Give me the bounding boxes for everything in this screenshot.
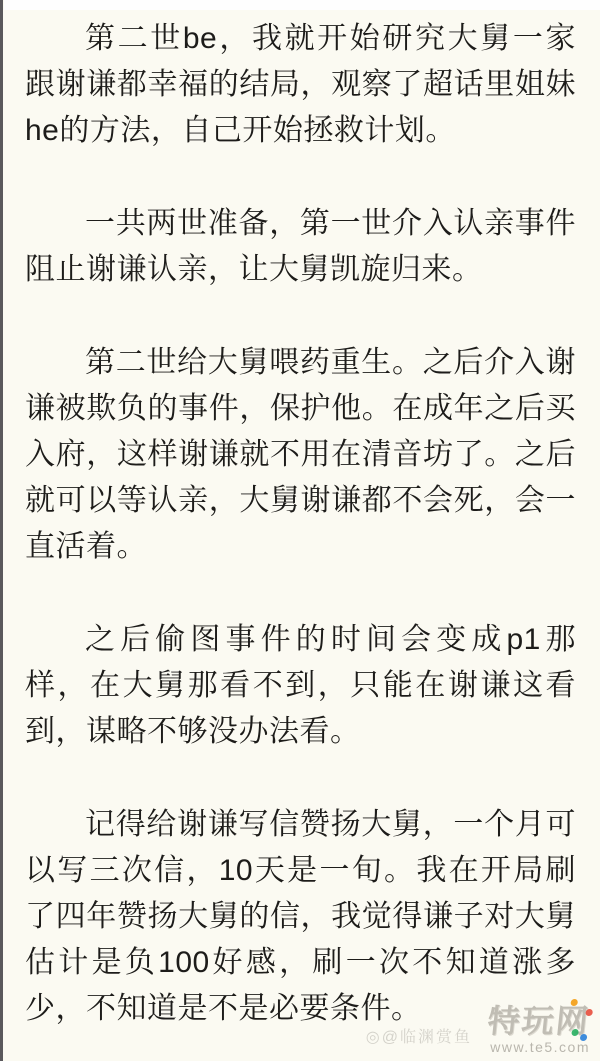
logo-dot-3 <box>580 1034 588 1041</box>
site-watermark: ◎@临渊赏鱼 特玩网 www.te5.com <box>488 996 590 1055</box>
paragraph: 第二世给大舅喂药重生。之后介入谢谦被欺负的事件，保护他。在成年之后买入府，这样谢… <box>25 340 576 570</box>
site-logo: 特玩网 <box>486 996 593 1042</box>
article-text: 第二世be，我就开始研究大舅一家跟谢谦都幸福的结局，观察了超话里姐妹he的方法，… <box>25 16 576 1032</box>
paragraph: 之后偷图事件的时间会变成p1那样，在大舅那看不到，只能在谢谦这看到，谋略不够没办… <box>25 617 576 755</box>
left-edge-line <box>0 0 3 1061</box>
author-credit: ◎@临渊赏鱼 <box>366 1024 472 1047</box>
logo-dot-1 <box>585 1009 593 1016</box>
paragraph: 第二世be，我就开始研究大舅一家跟谢谦都幸福的结局，观察了超话里姐妹he的方法，… <box>25 16 576 154</box>
paragraph: 一共两世准备，第一世介入认亲事件阻止谢谦认亲，让大舅凯旋归来。 <box>25 201 576 293</box>
top-white-strip <box>4 0 600 10</box>
